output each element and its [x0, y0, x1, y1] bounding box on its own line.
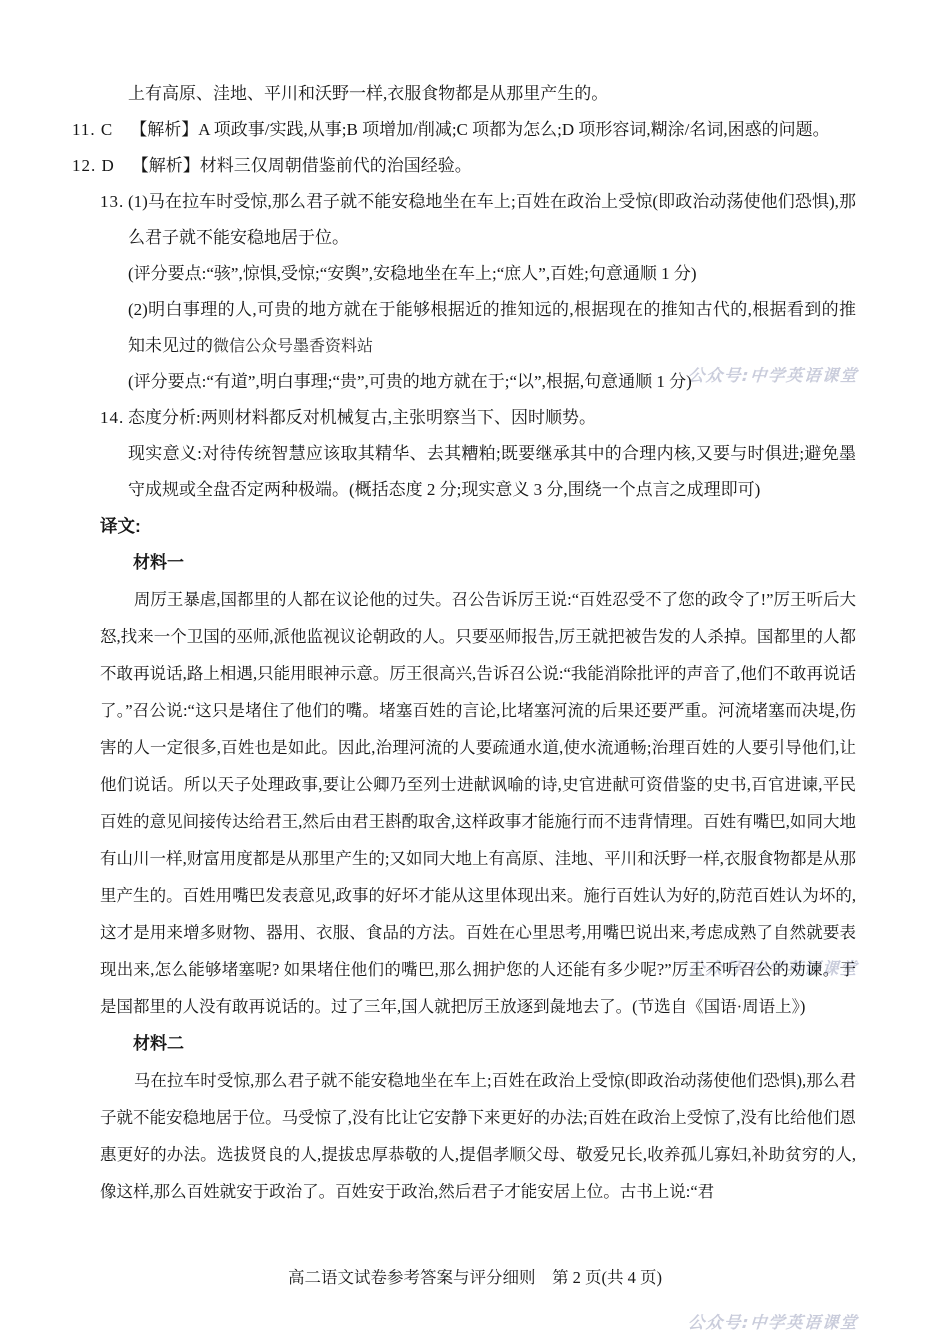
material-1-title: 材料一 — [133, 544, 856, 581]
answer-item-11: 11. C【解析】A 项政事/实践,从事;B 项增加/削减;C 项都为怎么;D … — [100, 112, 856, 148]
answer-13-part1-scoring-note: (评分要点:“骇”,惊惧,受惊;“安舆”,安稳地坐在车上;“庶人”,百姓;句意通… — [128, 256, 856, 292]
material-1-translation: 周厉王暴虐,国都里的人都在议论他的过失。召公告诉厉王说:“百姓忍受不了您的政令了… — [100, 581, 856, 1025]
embedded-watermark-text: 微信公众号墨香资料站 — [213, 336, 373, 355]
answer-14-significance: 现实意义:对待传统智慧应该取其精华、去其糟粕;既要继承其中的合理内核,又要与时俱… — [128, 436, 856, 508]
answer-14-attitude: 态度分析:两则材料都反对机械复古,主张明察当下、因时顺势。 — [128, 400, 856, 436]
answer-item-13: 13. (1)马在拉车时受惊,那么君子就不能安稳地坐在车上;百姓在政治上受惊(即… — [128, 184, 856, 400]
material-2-translation: 马在拉车时受惊,那么君子就不能安稳地坐在车上;百姓在政治上受惊(即政治动荡使他们… — [100, 1062, 856, 1210]
answer-11-analysis: 【解析】A 项政事/实践,从事;B 项增加/削减;C 项都为怎么;D 项形容词,… — [130, 120, 829, 139]
answer-13-part2-scoring-note: (评分要点:“有道”,明白事理;“贵”,可贵的地方就在于;“以”,根据,句意通顺… — [128, 364, 856, 400]
question-number-12: 12. D — [72, 156, 115, 175]
question-number-11: 11. C — [72, 120, 113, 139]
document-content: 上有高原、洼地、平川和沃野一样,衣服食物都是从那里产生的。 11. C【解析】A… — [100, 76, 856, 1210]
answer-item-12: 12. D【解析】材料三仅周朝借鉴前代的治国经验。 — [100, 148, 856, 184]
answer-12-analysis: 【解析】材料三仅周朝借鉴前代的治国经验。 — [132, 156, 472, 175]
answer-10-carryover-line: 上有高原、洼地、平川和沃野一样,衣服食物都是从那里产生的。 — [128, 76, 856, 112]
question-number-13: 13. — [100, 184, 124, 220]
watermark-stamp-3: 公众号:中学英语课堂 — [687, 1309, 899, 1333]
answer-item-14: 14. 态度分析:两则材料都反对机械复古,主张明察当下、因时顺势。 现实意义:对… — [128, 400, 856, 508]
material-2-title: 材料二 — [133, 1025, 856, 1062]
page-footer: 高二语文试卷参考答案与评分细则 第 2 页(共 4 页) — [0, 1264, 950, 1288]
translation-heading: 译文: — [100, 508, 856, 544]
answer-13-part1: (1)马在拉车时受惊,那么君子就不能安稳地坐在车上;百姓在政治上受惊(即政治动荡… — [128, 184, 856, 256]
answer-13-part2: (2)明白事理的人,可贵的地方就在于能够根据近的推知远的,根据现在的推知古代的,… — [128, 292, 856, 364]
question-number-14: 14. — [100, 400, 124, 436]
page: 公众号:中学英语课堂 公众号:中学英语课堂 公众号:中学英语课堂 上有高原、洼地… — [0, 0, 950, 1344]
